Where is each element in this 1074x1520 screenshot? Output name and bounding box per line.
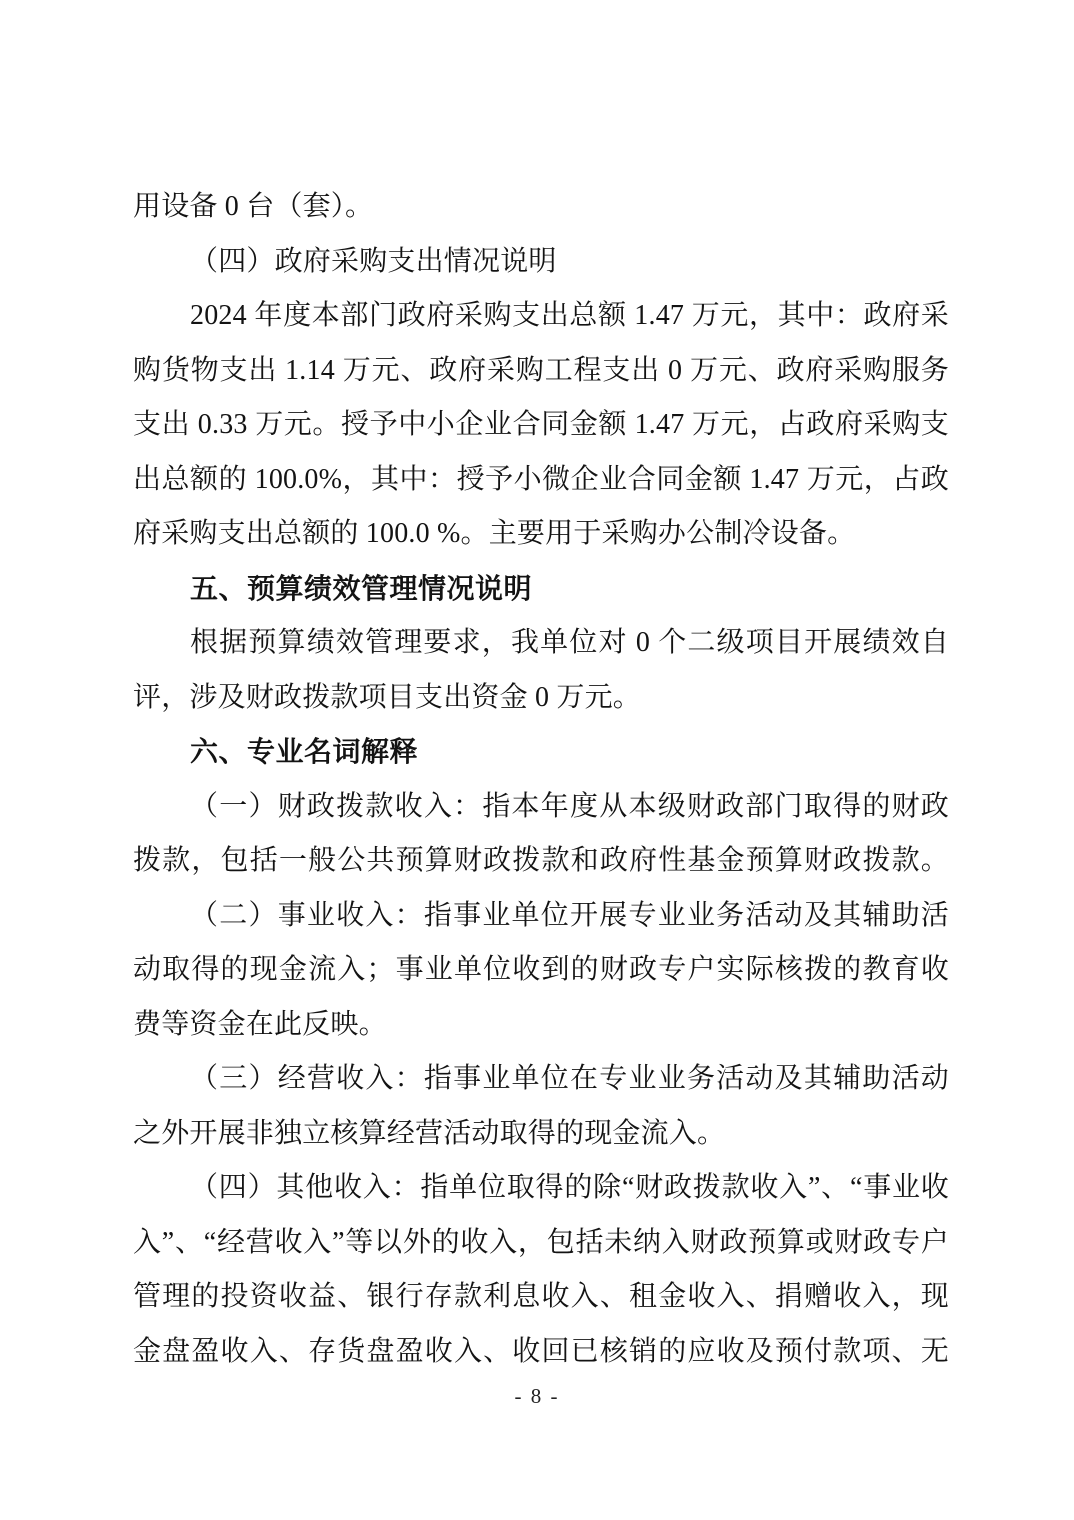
text-line: 入”、“经营收入”等以外的收入，包括未纳入财政预算或财政专户: [133, 1216, 949, 1271]
text-line: 费等资金在此反映。: [133, 998, 949, 1053]
section-heading: 五、预算绩效管理情况说明: [133, 562, 949, 617]
text-line: 之外开展非独立核算经营活动取得的现金流入。: [133, 1107, 949, 1162]
text-line: 评，涉及财政拨款项目支出资金 0 万元。: [133, 671, 949, 726]
document-body: 用设备 0 台（套）。（四）政府采购支出情况说明2024 年度本部门政府采购支出…: [133, 180, 949, 1379]
text-line: 金盘盈收入、存货盘盈收入、收回已核销的应收及预付款项、无: [133, 1325, 949, 1380]
text-line: 拨款，包括一般公共预算财政拨款和政府性基金预算财政拨款。: [133, 834, 949, 889]
text-line: 根据预算绩效管理要求，我单位对 0 个二级项目开展绩效自: [133, 616, 949, 671]
text-line: （一）财政拨款收入：指本年度从本级财政部门取得的财政: [133, 780, 949, 835]
text-line: 用设备 0 台（套）。: [133, 180, 949, 235]
text-line: 动取得的现金流入；事业单位收到的财政专户实际核拨的教育收: [133, 943, 949, 998]
page-number: - 8 -: [0, 1380, 1074, 1412]
text-line: 支出 0.33 万元。授予中小企业合同金额 1.47 万元，占政府采购支: [133, 398, 949, 453]
text-line: 购货物支出 1.14 万元、政府采购工程支出 0 万元、政府采购服务: [133, 344, 949, 399]
document-page: 用设备 0 台（套）。（四）政府采购支出情况说明2024 年度本部门政府采购支出…: [0, 0, 1074, 1520]
text-line: （四）其他收入：指单位取得的除“财政拨款收入”、“事业收: [133, 1161, 949, 1216]
text-line: 出总额的 100.0%，其中：授予小微企业合同金额 1.47 万元，占政: [133, 453, 949, 508]
text-line: 2024 年度本部门政府采购支出总额 1.47 万元，其中：政府采: [133, 289, 949, 344]
text-line: （二）事业收入：指事业单位开展专业业务活动及其辅助活: [133, 889, 949, 944]
text-line: 管理的投资收益、银行存款利息收入、租金收入、捐赠收入，现: [133, 1270, 949, 1325]
text-line: 府采购支出总额的 100.0 %。主要用于采购办公制冷设备。: [133, 507, 949, 562]
section-heading: 六、专业名词解释: [133, 725, 949, 780]
text-line: （三）经营收入：指事业单位在专业业务活动及其辅助活动: [133, 1052, 949, 1107]
text-line: （四）政府采购支出情况说明: [133, 235, 949, 290]
